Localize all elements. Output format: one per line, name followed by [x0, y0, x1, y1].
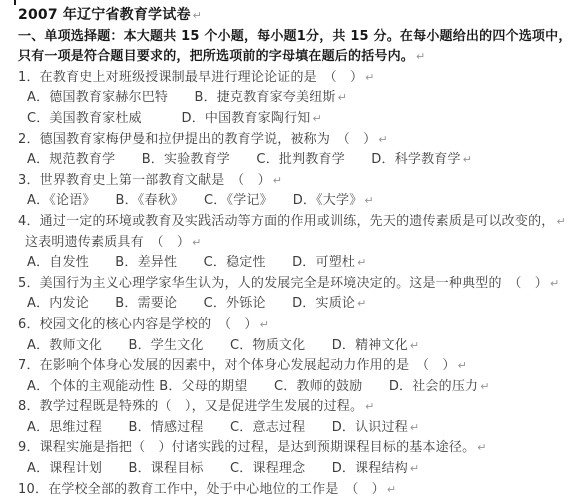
- question-7-stem: 7．在影响个体身心发展的因素中，对个体身心发展起动力作用的是 （ ）↵: [18, 356, 576, 377]
- question-6-options-abcd: A．教师文化 B．学生文化 C．物质文化 D．精神文化: [27, 338, 408, 353]
- question-9-stem-text: 9．课程实施是指把（ ）付诸实践的过程，是达到预期课程目标的基本途径。: [18, 440, 475, 455]
- question-4-stem-text-line-1: 4．通过一定的环境或教育及实践活动等方面的作用或训练，先天的遗传素质是可以改变的…: [18, 214, 554, 229]
- question-1-options-ab: A．德国教育家赫尔巴特 B．捷克教育家夸美纽斯: [27, 90, 336, 105]
- question-10-stem-text: 10．在学校全部的教育工作中，处于中心地位的工作是 （ ）: [18, 482, 385, 497]
- question-1-options-cd: C．美国教育家杜威 D．中国教育家陶行知: [27, 111, 311, 126]
- question-4-options-line-1: A．自发性 B．差异性 C．稳定性 D．可塑杜↵: [18, 253, 576, 274]
- paragraph-mark-icon: ↵: [410, 339, 419, 352]
- paragraph-mark-icon: ↵: [387, 483, 396, 496]
- paragraph-mark-icon: ↵: [260, 318, 269, 331]
- paragraph-mark-icon: ↵: [480, 380, 489, 393]
- paragraph-mark-icon: ↵: [556, 215, 565, 228]
- document-title: 2007 年辽宁省教育学试卷↵: [18, 5, 576, 27]
- document-title-text: 2007 年辽宁省教育学试卷: [18, 7, 191, 23]
- question-2-options-line-1: A．规范教育学 B．实验教育学 C．批判教育学 D．科学教育学↵: [18, 150, 576, 171]
- question-8-options-line-1: A．思维过程 B．情感过程 C．意志过程 D．认识过程↵: [18, 418, 576, 439]
- question-2-options-abcd: A．规范教育学 B．实验教育学 C．批判教育学 D．科学教育学: [27, 152, 461, 167]
- section-instructions-text: 一、单项选择题：本大题共 15 个小题，每小题1分，共 15 分。在每小题给出的…: [18, 29, 572, 65]
- question-6-stem: 6．校园文化的核心内容是学校的 （ ）↵: [18, 315, 576, 336]
- paragraph-mark-icon: ↵: [416, 50, 425, 63]
- question-6-stem-text: 6．校园文化的核心内容是学校的 （ ）: [18, 317, 258, 332]
- paragraph-mark-icon: ↵: [477, 441, 486, 454]
- question-6-options-line-1: A．教师文化 B．学生文化 C．物质文化 D．精神文化↵: [18, 336, 576, 357]
- question-5-options-abcd: A．内发论 B．需要论 C．外铄论 D．实质论: [27, 296, 355, 311]
- paragraph-mark-icon: ↵: [365, 400, 374, 413]
- paragraph-mark-icon: ↵: [313, 112, 322, 125]
- question-5-stem: 5．美国行为主义心理学家华生认为，人的发展完全是环境决定的。这是一种典型的 （ …: [18, 274, 576, 295]
- question-9-options-abcd: A．课程计划 B．课程目标 C．课程理念 D．课程结构: [27, 461, 408, 476]
- question-1-stem: 1．在教育史上对班级授课制最早进行理论论证的是 （ ）↵: [18, 68, 576, 89]
- question-9-options-line-1: A．课程计划 B．课程目标 C．课程理念 D．课程结构↵: [18, 459, 576, 480]
- paragraph-mark-icon: ↵: [357, 297, 366, 310]
- paragraph-mark-icon: ↵: [192, 236, 201, 249]
- paragraph-mark-icon: ↵: [364, 194, 373, 207]
- question-5-options-line-1: A．内发论 B．需要论 C．外铄论 D．实质论↵: [18, 294, 576, 315]
- document-page[interactable]: 2007 年辽宁省教育学试卷↵ 一、单项选择题：本大题共 15 个小题，每小题1…: [0, 0, 578, 504]
- paragraph-mark-icon: ↵: [463, 153, 472, 166]
- paragraph-mark-icon: ↵: [458, 359, 467, 372]
- section-instructions: 一、单项选择题：本大题共 15 个小题，每小题1分，共 15 分。在每小题给出的…: [18, 27, 576, 68]
- question-3-options-line-1: A．《论语》 B．《春秋》 C．《学记》 D．《大学》↵: [18, 191, 576, 212]
- paragraph-mark-icon: ↵: [410, 421, 419, 434]
- question-3-stem-text: 3．世界教育史上第一部教育文献是 （ ）: [18, 173, 271, 188]
- question-4-stem-continuation: 这表明遗传素质具有 （ ）↵: [18, 233, 576, 254]
- question-7-options-line-1: A．个体的主观能动性 B．父母的期望 C．教师的鼓励 D．社会的压力↵: [18, 377, 576, 398]
- paragraph-mark-icon: ↵: [338, 91, 347, 104]
- paragraph-mark-icon: ↵: [273, 174, 282, 187]
- question-3-stem: 3．世界教育史上第一部教育文献是 （ ）↵: [18, 171, 576, 192]
- question-10-stem: 10．在学校全部的教育工作中，处于中心地位的工作是 （ ）↵: [18, 480, 576, 501]
- question-5-stem-text: 5．美国行为主义心理学家华生认为，人的发展完全是环境决定的。这是一种典型的 （ …: [18, 276, 548, 291]
- question-2-stem: 2．德国教育家梅伊曼和拉伊提出的教育学说，被称为 （ ）↵: [18, 130, 576, 151]
- paragraph-mark-icon: ↵: [550, 277, 559, 290]
- paragraph-mark-icon: ↵: [378, 133, 387, 146]
- question-8-stem-text: 8．教学过程既是特殊的（ ），又是促进学生发展的过程。: [18, 399, 363, 414]
- question-7-options-abcd: A．个体的主观能动性 B．父母的期望 C．教师的鼓励 D．社会的压力: [27, 379, 478, 394]
- paragraph-mark-icon: ↵: [365, 71, 374, 84]
- question-7-stem-text: 7．在影响个体身心发展的因素中，对个体身心发展起动力作用的是 （ ）: [18, 358, 456, 373]
- question-1-options-line-1: A．德国教育家赫尔巴特 B．捷克教育家夸美纽斯↵: [18, 88, 576, 109]
- question-1-options-line-2: C．美国教育家杜威 D．中国教育家陶行知↵: [18, 109, 576, 130]
- question-4-stem-text-line-2: 这表明遗传素质具有 （ ）: [25, 235, 190, 250]
- question-8-options-abcd: A．思维过程 B．情感过程 C．意志过程 D．认识过程: [27, 420, 408, 435]
- question-2-stem-text: 2．德国教育家梅伊曼和拉伊提出的教育学说，被称为 （ ）: [18, 132, 376, 147]
- paragraph-mark-icon: ↵: [193, 9, 202, 22]
- question-3-options-abcd: A．《论语》 B．《春秋》 C．《学记》 D．《大学》: [27, 193, 362, 208]
- question-4-stem: 4．通过一定的环境或教育及实践活动等方面的作用或训练，先天的遗传素质是可以改变的…: [18, 212, 576, 233]
- question-1-stem-text: 1．在教育史上对班级授课制最早进行理论论证的是 （ ）: [18, 70, 363, 85]
- question-9-stem: 9．课程实施是指把（ ）付诸实践的过程，是达到预期课程目标的基本途径。↵: [18, 438, 576, 459]
- question-8-stem: 8．教学过程既是特殊的（ ），又是促进学生发展的过程。↵: [18, 397, 576, 418]
- cursor-mark: [14, 0, 16, 5]
- paragraph-mark-icon: ↵: [410, 462, 419, 475]
- question-4-options-abcd: A．自发性 B．差异性 C．稳定性 D．可塑杜: [27, 255, 355, 270]
- paragraph-mark-icon: ↵: [357, 256, 366, 269]
